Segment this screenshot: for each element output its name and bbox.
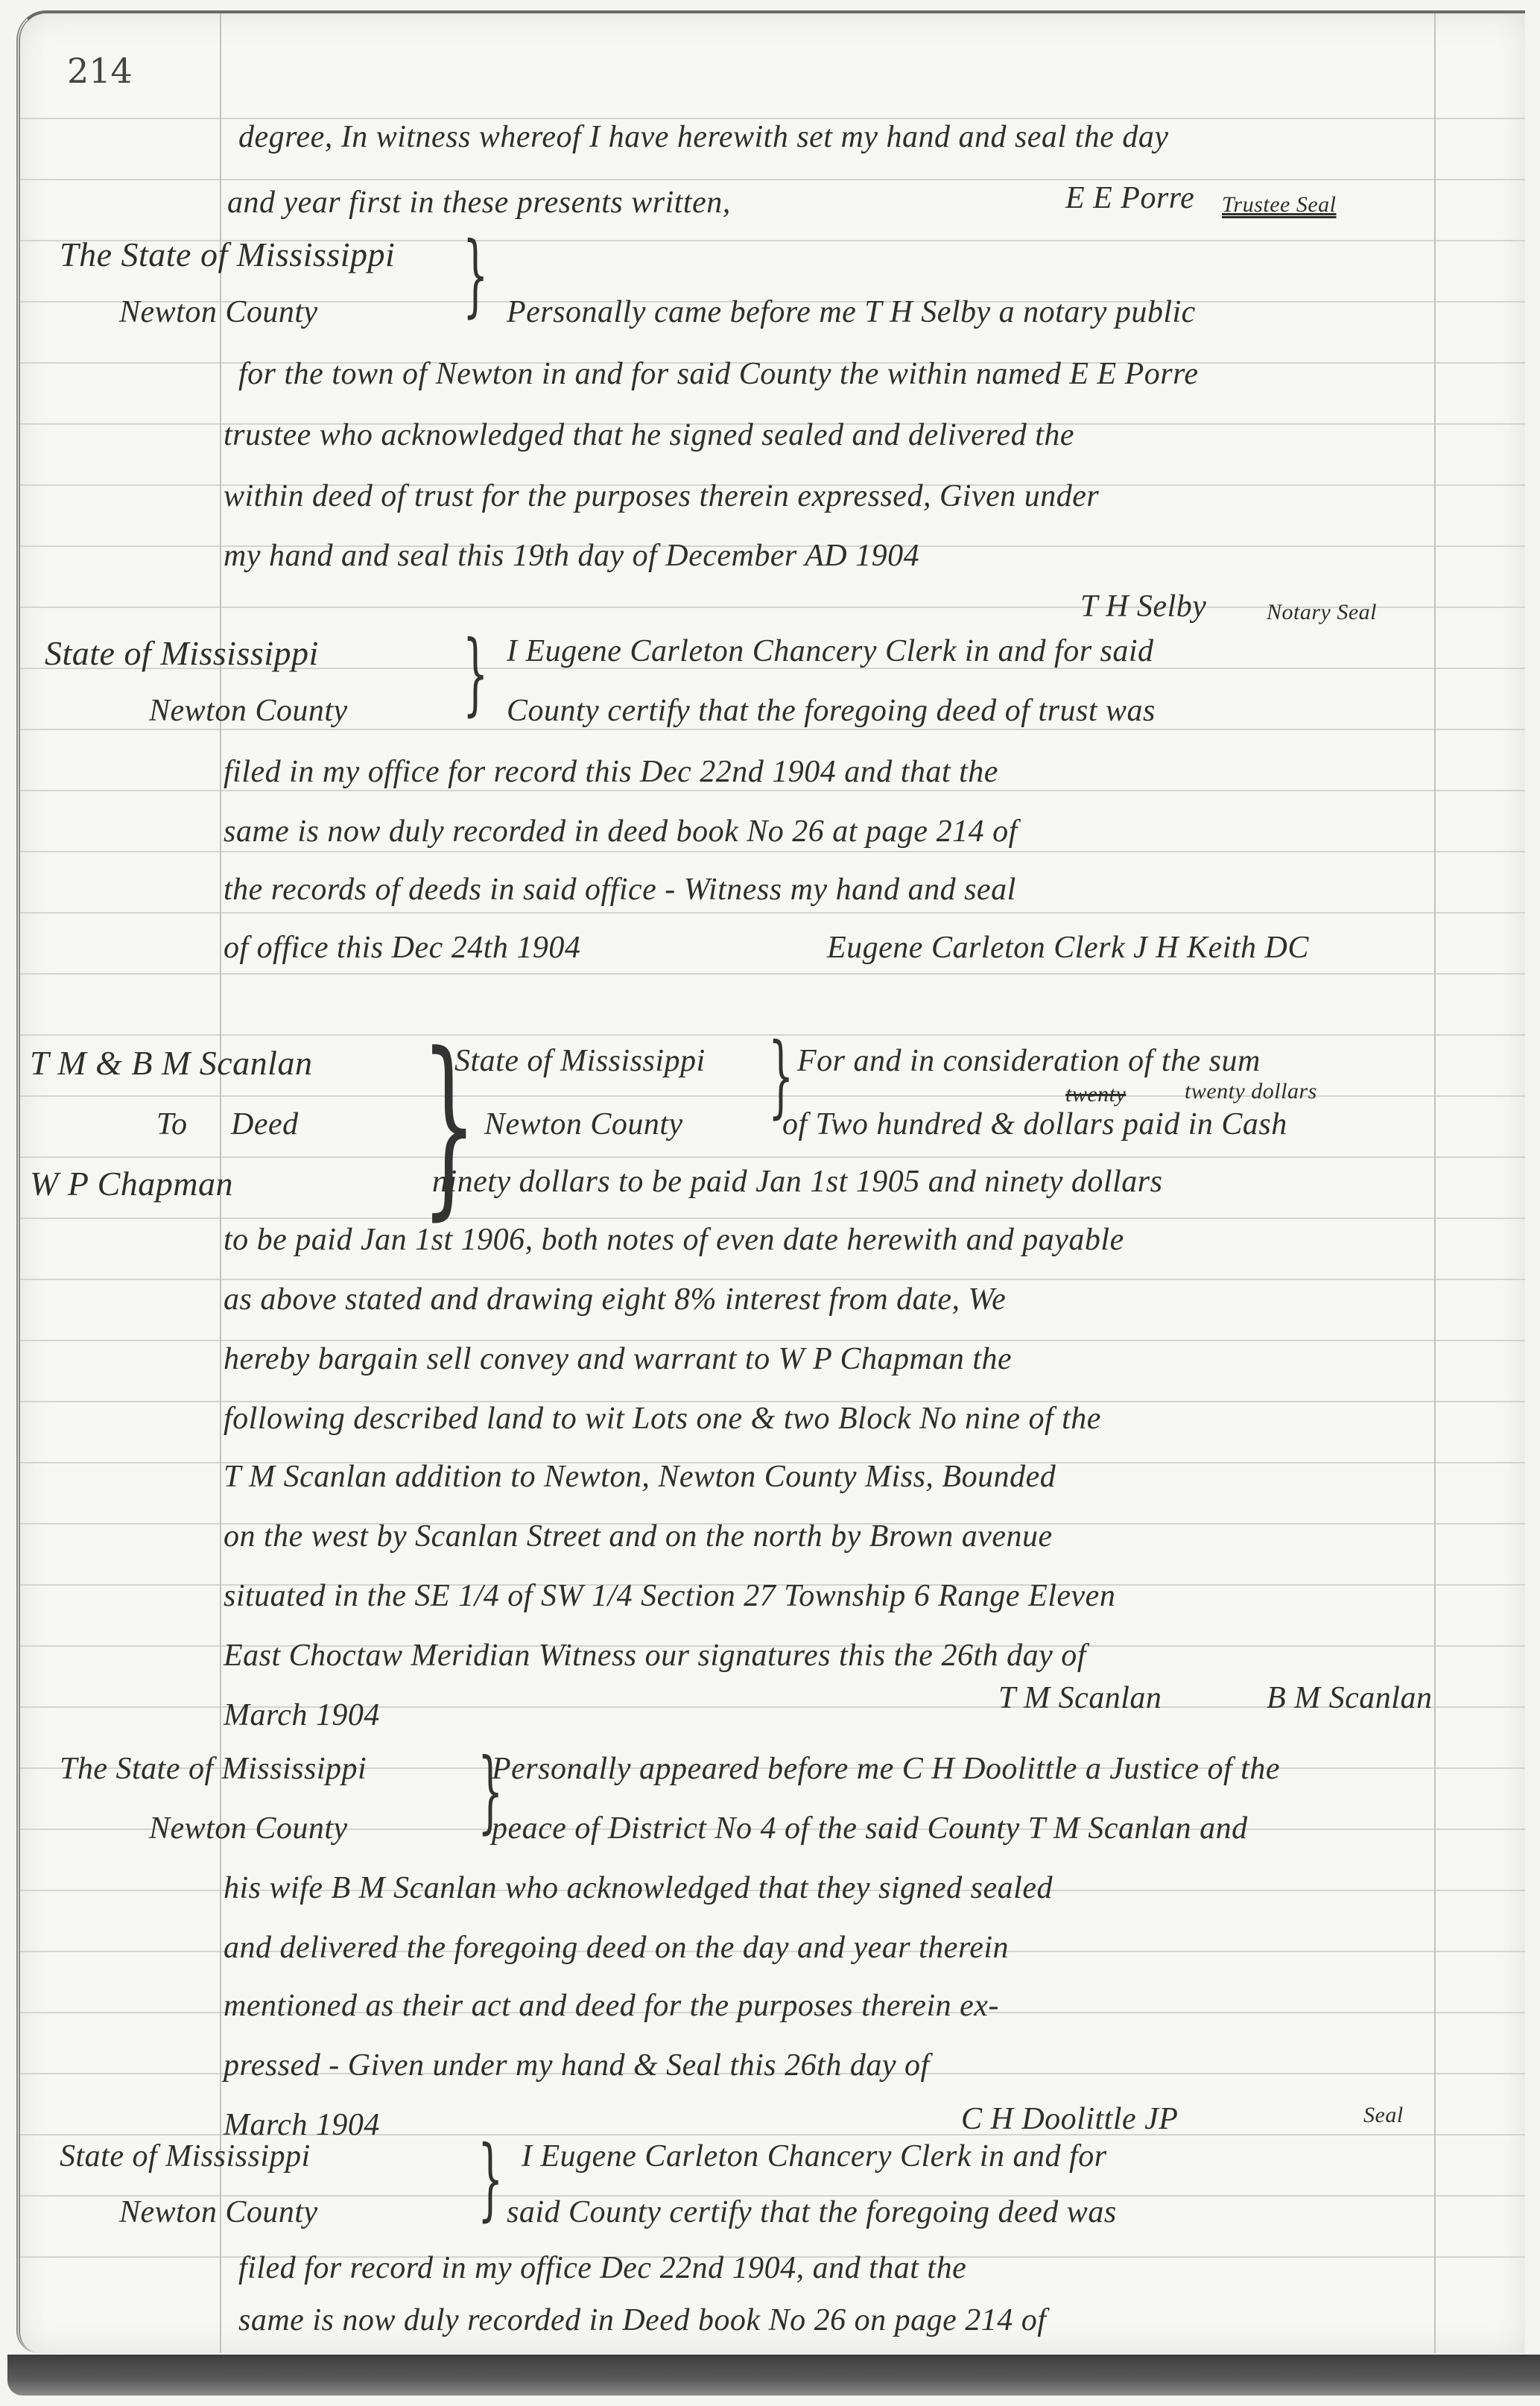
venue-state: State of Mississippi	[454, 1043, 706, 1079]
brace-icon: }	[463, 630, 488, 719]
text-line: County certify that the foregoing deed o…	[507, 693, 1156, 729]
text-line: I Eugene Carleton Chancery Clerk in and …	[507, 633, 1154, 669]
signature-title: Trustee Seal	[1222, 192, 1337, 218]
text-line: hereby bargain sell convey and warrant t…	[224, 1341, 1012, 1377]
text-line: on the west by Scanlan Street and on the…	[224, 1519, 1053, 1554]
text-line: of Two hundred & dollars paid in Cash	[782, 1107, 1287, 1142]
signature: T M Scanlan	[998, 1680, 1162, 1716]
brace-icon: }	[463, 231, 488, 320]
signature: Eugene Carleton Clerk J H Keith DC	[827, 930, 1309, 966]
margin-state: The State of Mississippi	[60, 235, 395, 274]
text-line: Personally came before me T H Selby a no…	[507, 294, 1196, 330]
text-line: following described land to wit Lots one…	[224, 1401, 1101, 1437]
brace-icon: }	[478, 2135, 503, 2224]
signature: T H Selby	[1080, 589, 1206, 624]
page-number: 214	[67, 51, 133, 91]
margin-county: Newton County	[149, 1811, 348, 1846]
interlinear-insertion: twenty dollars	[1185, 1079, 1317, 1104]
instrument-type: Deed	[231, 1107, 299, 1142]
margin-state: State of Mississippi	[45, 633, 319, 673]
grantor-name: T M & B M Scanlan	[30, 1043, 312, 1083]
text-line: For and in consideration of the sum	[797, 1043, 1261, 1079]
text-line: trustee who acknowledged that he signed …	[224, 417, 1074, 453]
text-line: for the town of Newton in and for said C…	[238, 356, 1199, 392]
text-line: situated in the SE 1/4 of SW 1/4 Section…	[224, 1578, 1115, 1614]
venue-county: Newton County	[484, 1107, 683, 1142]
text-line: filed for record in my office Dec 22nd 1…	[238, 2250, 966, 2286]
right-margin-line	[1434, 13, 1436, 2353]
grantee-name: W P Chapman	[30, 1164, 233, 1203]
signature: E E Porre	[1065, 180, 1194, 216]
to-label: To	[156, 1107, 188, 1142]
text-line: peace of District No 4 of the said Count…	[492, 1811, 1248, 1846]
text-line: East Choctaw Meridian Witness our signat…	[224, 1638, 1086, 1674]
signature: B M Scanlan	[1267, 1680, 1432, 1716]
text-line: same is now duly recorded in deed book N…	[224, 814, 1018, 849]
text-line: within deed of trust for the purposes th…	[224, 478, 1099, 514]
text-line: the records of deeds in said office - Wi…	[224, 872, 1016, 908]
struck-word: twenty	[1065, 1082, 1126, 1107]
text-line: mentioned as their act and deed for the …	[224, 1988, 999, 2024]
margin-county: Newton County	[119, 2194, 318, 2230]
text-line: same is now duly recorded in Deed book N…	[238, 2302, 1046, 2338]
text-line: March 1904	[224, 2107, 380, 2143]
text-line: my hand and seal this 19th day of Decemb…	[224, 538, 919, 574]
text-line: March 1904	[224, 1697, 380, 1733]
text-line: as above stated and drawing eight 8% int…	[224, 1282, 1006, 1317]
text-line: ninety dollars to be paid Jan 1st 1905 a…	[432, 1164, 1162, 1200]
text-line: I Eugene Carleton Chancery Clerk in and …	[522, 2139, 1107, 2174]
text-line: pressed - Given under my hand & Seal thi…	[224, 2048, 930, 2083]
text-line: to be paid Jan 1st 1906, both notes of e…	[224, 1222, 1124, 1258]
signature-title: Notary Seal	[1267, 600, 1377, 625]
text-line: filed in my office for record this Dec 2…	[224, 754, 998, 790]
text-line: Personally appeared before me C H Doolit…	[492, 1751, 1280, 1787]
text-line: his wife B M Scanlan who acknowledged th…	[224, 1870, 1053, 1906]
text-line: degree, In witness whereof I have herewi…	[238, 119, 1169, 155]
signature: C H Doolittle JP	[961, 2101, 1178, 2137]
text-line: and delivered the foregoing deed on the …	[224, 1930, 1009, 1966]
signature-title: Seal	[1363, 2103, 1404, 2128]
text-line: said County certify that the foregoing d…	[507, 2194, 1117, 2230]
margin-county: Newton County	[149, 693, 348, 729]
page-bottom-shadow	[7, 2355, 1540, 2396]
margin-state: The State of Mississippi	[60, 1751, 367, 1787]
text-line: T M Scanlan addition to Newton, Newton C…	[224, 1459, 1056, 1495]
text-line: and year first in these presents written…	[227, 185, 731, 221]
margin-state: State of Mississippi	[60, 2139, 311, 2174]
text-line: of office this Dec 24th 1904	[224, 930, 580, 966]
margin-county: Newton County	[119, 294, 318, 330]
